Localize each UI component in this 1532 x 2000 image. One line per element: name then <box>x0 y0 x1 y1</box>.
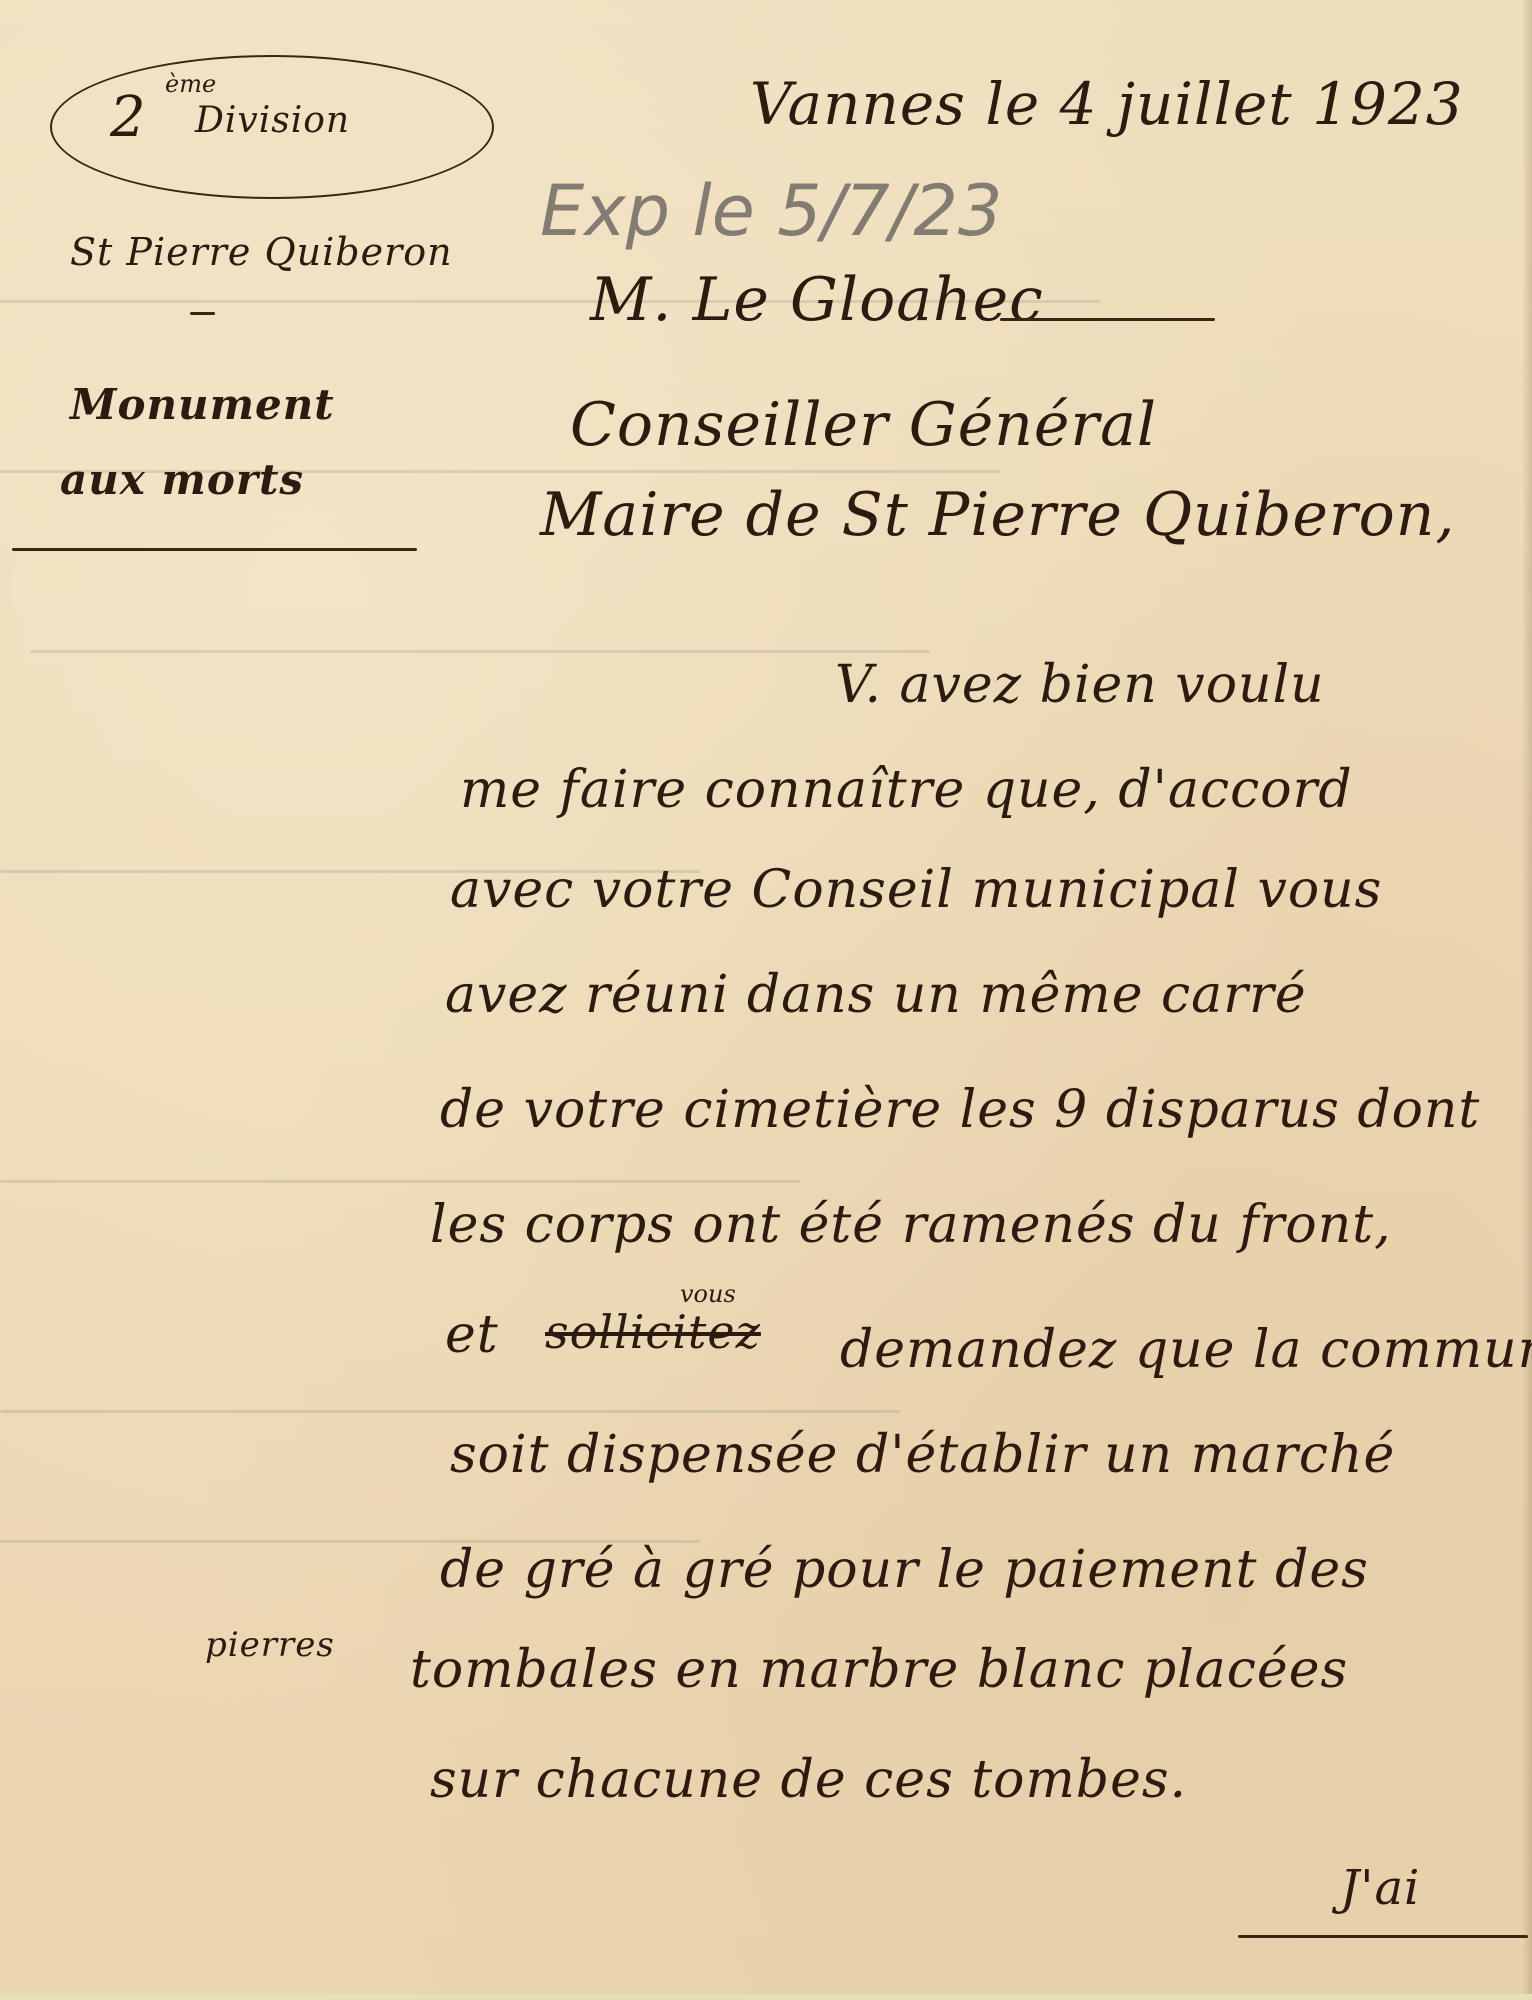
body-line: de gré à gré pour le paiement des <box>440 1540 1369 1600</box>
addressee-underline <box>1000 318 1215 321</box>
addressee-title: Conseiller Général <box>570 390 1157 460</box>
body-line: soit dispensée d'établir un marché <box>450 1425 1395 1485</box>
margin-subject-line2: aux morts <box>60 455 304 504</box>
margin-note: pierres <box>205 1625 335 1665</box>
margin-commune: St Pierre Quiberon <box>70 230 453 274</box>
body-line: me faire connaître que, d'accord <box>460 760 1353 820</box>
addressee-office: Maire de St Pierre Quiberon, <box>540 480 1455 550</box>
body-line: les corps ont été ramenés du front, <box>430 1195 1392 1255</box>
body-line: avez réuni dans un même carré <box>445 965 1307 1025</box>
paper-bottom-edge <box>0 1994 1532 2000</box>
body-line: de votre cimetière les 9 disparus dont <box>440 1080 1480 1140</box>
closing-start: J'ai <box>1340 1860 1420 1916</box>
addressee-name: M. Le Gloahec <box>590 265 1044 335</box>
bleed-through-line <box>0 1180 800 1183</box>
body-line: avec votre Conseil municipal vous <box>450 860 1382 920</box>
body-line: V. avez bien voulu <box>835 655 1325 715</box>
body-line-rest: demandez que la commune <box>840 1320 1532 1380</box>
paper-edge-shadow <box>1522 0 1532 2000</box>
pencil-annotation: Exp le 5/7/23 <box>540 170 1002 252</box>
division-label: Division <box>195 100 350 141</box>
bleed-through-line <box>0 1410 900 1413</box>
division-superscript: ème <box>165 70 216 98</box>
insertion-above: vous <box>680 1280 736 1308</box>
body-line: tombales en marbre blanc placées <box>410 1640 1348 1700</box>
margin-subject-line1: Monument <box>70 380 335 429</box>
bleed-through-line <box>30 650 930 653</box>
commune-dash <box>190 312 215 315</box>
body-line-start: et <box>445 1305 499 1365</box>
struck-word: sollicitez <box>545 1305 761 1359</box>
margin-separator-rule <box>12 548 417 551</box>
body-line: sur chacune de ces tombes. <box>430 1750 1187 1810</box>
closing-rule <box>1238 1935 1528 1938</box>
place-date: Vannes le 4 juillet 1923 <box>750 70 1464 138</box>
division-number: 2 <box>110 85 147 150</box>
